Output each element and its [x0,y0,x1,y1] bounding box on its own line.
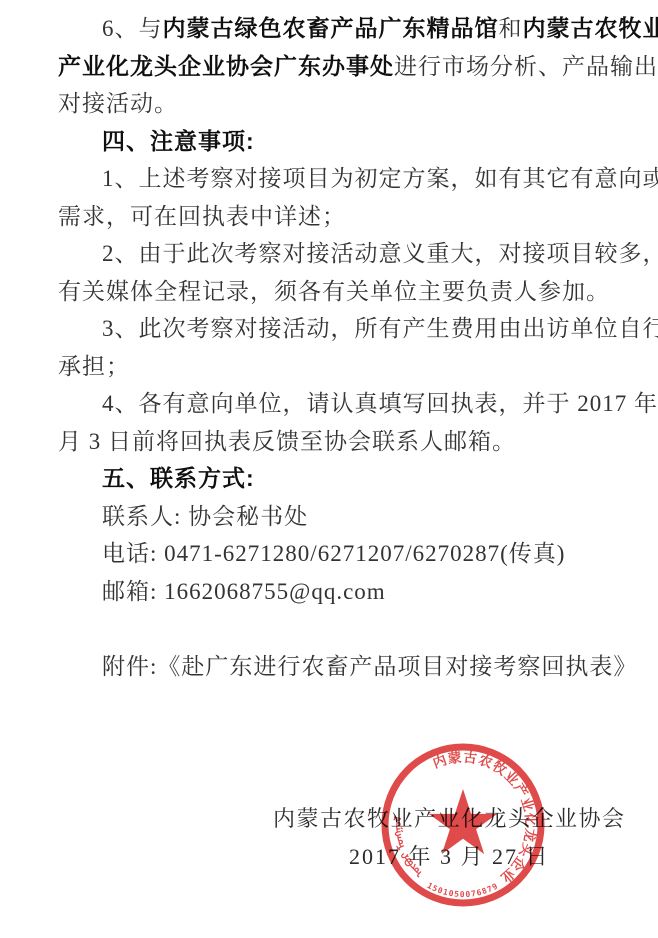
text-line: 电话: 0471-6271280/6271207/6270287(传真) [58,535,644,573]
text-line: 对接活动。 [58,85,644,123]
text-segment: 需求，可在回执表中详述； [58,204,346,229]
text-segment: 电话: 0471-6271280/6271207/6270287(传真) [102,541,565,566]
text-line: 3、此次考察对接活动，所有产生费用由出访单位自行 [58,310,644,348]
text-line: 6、与内蒙古绿色农畜产品广东精品馆和内蒙古农牧业 [58,10,644,48]
text-line: 附件:《赴广东进行农畜产品项目对接考察回执表》 [58,648,644,686]
text-line: 承担； [58,348,644,386]
official-seal: 内蒙古农牧业产业化龙头企业协会 ᠥᠪᠥᠷ ᠮᠣᠩᠭᠣᠯ 150105007687… [368,730,558,920]
text-line: 有关媒体全程记录，须各有关单位主要负责人参加。 [58,273,644,311]
text-line [58,610,644,648]
text-line: 邮箱: 1662068755@qq.com [58,573,644,611]
text-segment: 邮箱: 1662068755@qq.com [102,579,386,604]
star-icon [429,789,497,854]
bold-text-segment: 四、注意事项: [102,128,255,154]
text-segment: 联系人: 协会秘书处 [102,504,308,529]
text-line: 产业化龙头企业协会广东办事处进行市场分析、产品输出等 [58,48,644,86]
text-line: 联系人: 协会秘书处 [58,498,644,536]
text-segment: 3、此次考察对接活动，所有产生费用由出访单位自行 [102,316,658,341]
text-segment: 6、与 [102,16,163,41]
text-segment: 2、由于此次考察对接活动意义重大，对接项目较多， [102,241,658,266]
text-line: 2、由于此次考察对接活动意义重大，对接项目较多， [58,235,644,273]
text-segment: 附件:《赴广东进行农畜产品项目对接考察回执表》 [102,654,637,679]
text-line: 四、注意事项: [58,123,644,161]
text-segment: 承担； [58,354,130,379]
text-segment: 4、各有意向单位，请认真填写回执表，并于 2017 年 4 [102,391,658,416]
text-line: 月 3 日前将回执表反馈至协会联系人邮箱。 [58,423,644,461]
bold-text-segment: 五、联系方式: [102,465,255,491]
text-segment: 月 3 日前将回执表反馈至协会联系人邮箱。 [58,429,516,454]
text-segment: 有关媒体全程记录，须各有关单位主要负责人参加。 [58,279,610,304]
text-segment: 进行市场分析、产品输出等 [394,54,658,79]
text-segment: 1、上述考察对接项目为初定方案，如有其它有意向或 [102,166,658,191]
document-page: 6、与内蒙古绿色农畜产品广东精品馆和内蒙古农牧业产业化龙头企业协会广东办事处进行… [0,0,658,938]
bold-text-segment: 产业化龙头企业协会广东办事处 [58,53,394,79]
bold-text-segment: 内蒙古绿色农畜产品广东精品馆 [163,15,499,41]
text-line: 4、各有意向单位，请认真填写回执表，并于 2017 年 4 [58,385,644,423]
text-line: 五、联系方式: [58,460,644,498]
document-body: 6、与内蒙古绿色农畜产品广东精品馆和内蒙古农牧业产业化龙头企业协会广东办事处进行… [58,10,644,685]
text-segment: 对接活动。 [58,91,178,116]
text-line: 需求，可在回执表中详述； [58,198,644,236]
text-line: 1、上述考察对接项目为初定方案，如有其它有意向或 [58,160,644,198]
bold-text-segment: 内蒙古农牧业 [523,15,658,41]
text-segment: 和 [499,16,523,41]
